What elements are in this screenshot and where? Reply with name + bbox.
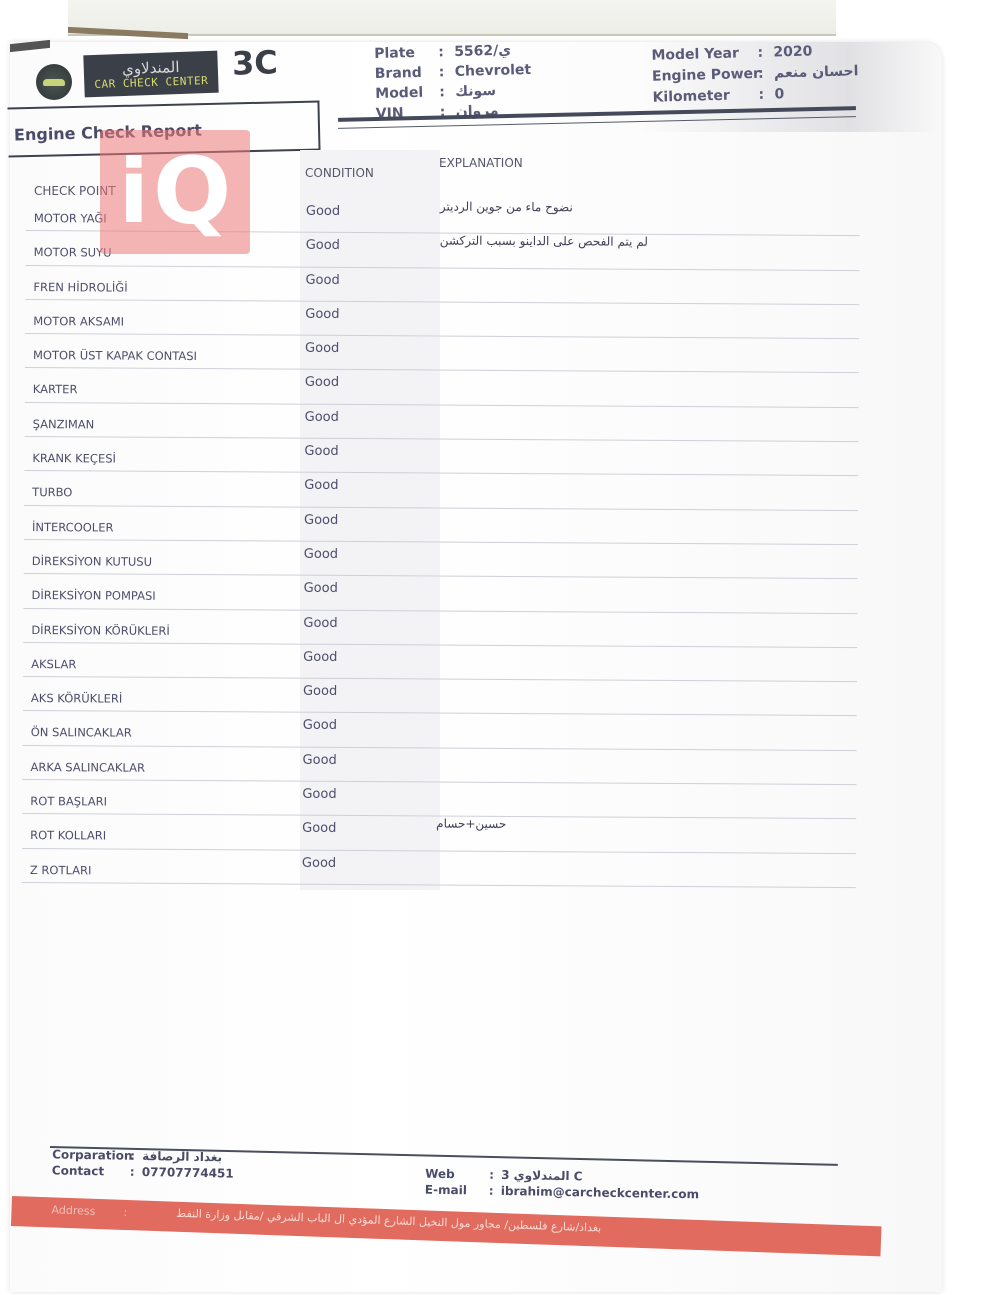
- table-row: ÖN SALINCAKLARGood: [23, 711, 857, 750]
- condition-cell: Good: [304, 547, 338, 562]
- web-label: Web: [425, 1167, 489, 1182]
- separator: :: [489, 1184, 501, 1198]
- check-point-cell: ROT KOLLARI: [30, 828, 106, 842]
- car-icon: [43, 79, 65, 86]
- condition-cell: Good: [305, 307, 339, 322]
- table-row: ROT KOLLARIGoodحسين+حسام: [22, 814, 856, 853]
- check-point-cell: MOTOR YAĞI: [34, 211, 107, 225]
- check-point-cell: Z ROTLARI: [30, 863, 92, 877]
- check-point-cell: ŞANZIMAN: [33, 417, 95, 431]
- table-row: ARKA SALINCAKLARGood: [22, 746, 856, 785]
- condition-cell: Good: [305, 272, 339, 287]
- brand-english-name: CAR CHECK CENTER: [94, 74, 208, 91]
- separator: :: [123, 1206, 127, 1219]
- condition-cell: Good: [303, 650, 337, 665]
- condition-cell: Good: [304, 478, 338, 493]
- table-row: KRANK KEÇESİGood: [24, 437, 858, 476]
- check-point-cell: ROT BAŞLARI: [30, 794, 107, 808]
- table-row: DİREKSİYON KÖRÜKLERİGood: [23, 609, 857, 648]
- column-header-condition: CONDITION: [305, 166, 374, 180]
- table-row: DİREKSİYON POMPASIGood: [23, 574, 857, 613]
- brand-label: Brand: [375, 64, 439, 82]
- condition-cell: Good: [306, 238, 340, 253]
- plate-label: Plate: [374, 44, 438, 62]
- table-row: ROT BAŞLARIGood: [22, 780, 856, 819]
- check-table: CHECK POINT CONDITION EXPLANATION MOTOR …: [26, 152, 860, 883]
- table-row: TURBOGood: [24, 471, 858, 510]
- condition-cell: Good: [306, 204, 340, 219]
- condition-cell: Good: [303, 718, 337, 733]
- table-row: MOTOR AKSAMIGood: [25, 300, 859, 339]
- model-value: سونك: [455, 83, 496, 100]
- table-body: MOTOR YAĞIGoodنضوح ماء من جوين الرديترMO…: [22, 197, 860, 888]
- condition-cell: Good: [303, 684, 337, 699]
- email-label: E-mail: [425, 1183, 489, 1198]
- corporation-label: Corparation: [52, 1147, 130, 1162]
- table-row: FREN HİDROLİĞİGood: [25, 266, 859, 305]
- contact-phone: 07707774451: [142, 1165, 234, 1181]
- check-point-cell: DİREKSİYON POMPASI: [32, 588, 156, 603]
- brand-mark: 3C: [231, 43, 278, 83]
- table-row: İNTERCOOLERGood: [24, 506, 858, 545]
- model-year-value: 2020: [773, 43, 812, 60]
- footer-contact-info: Corparation : بغداد الرصافة Contact : 07…: [52, 1146, 234, 1181]
- condition-cell: Good: [305, 341, 339, 356]
- check-point-cell: AKSLAR: [31, 657, 76, 671]
- watermark-letter-q: Q: [153, 146, 231, 238]
- condition-cell: Good: [304, 512, 338, 527]
- separator: :: [130, 1165, 142, 1179]
- vehicle-info-left: Plate : ي/5562 Brand : Chevrolet Model :…: [374, 40, 532, 124]
- separator: :: [439, 84, 455, 100]
- check-point-cell: ÖN SALINCAKLAR: [31, 725, 132, 740]
- separator: :: [439, 64, 455, 80]
- condition-cell: Good: [304, 581, 338, 596]
- brand-value: Chevrolet: [455, 62, 532, 80]
- model-year-label: Model Year: [651, 44, 757, 63]
- corporation-value: بغداد الرصافة: [142, 1149, 222, 1164]
- check-point-cell: KRANK KEÇESİ: [32, 451, 116, 466]
- check-point-cell: MOTOR ÜST KAPAK CONTASI: [33, 348, 197, 363]
- check-point-cell: FREN HİDROLİĞİ: [33, 280, 127, 295]
- vehicle-info-right: Model Year : 2020 Engine Power : احسان م…: [651, 39, 859, 107]
- check-point-cell: DİREKSİYON KÖRÜKLERİ: [31, 623, 170, 638]
- engine-power-label: Engine Power: [652, 65, 758, 84]
- condition-cell: Good: [302, 855, 336, 870]
- explanation-cell: نضوح ماء من جوين الرديتر: [440, 200, 573, 215]
- table-row: AKSLARGood: [23, 643, 857, 682]
- engine-power-value: احسان منعم: [774, 63, 859, 81]
- check-point-cell: İNTERCOOLER: [32, 520, 114, 534]
- explanation-cell: حسين+حسام: [436, 817, 506, 831]
- separator: :: [438, 44, 454, 60]
- separator: :: [757, 44, 773, 60]
- check-point-cell: ARKA SALINCAKLAR: [30, 760, 145, 775]
- separator: :: [758, 65, 774, 81]
- condition-cell: Good: [303, 615, 337, 630]
- kilometer-value: 0: [774, 86, 784, 102]
- table-row: KARTERGood: [25, 368, 859, 407]
- separator: :: [758, 86, 774, 102]
- table-row: DİREKSİYON KUTUSUGood: [24, 540, 858, 579]
- model-label: Model: [375, 84, 439, 102]
- address-label: Address: [51, 1203, 95, 1218]
- table-row: ŞANZIMANGood: [25, 403, 859, 442]
- column-header-explanation: EXPLANATION: [439, 156, 523, 170]
- condition-cell: Good: [302, 821, 336, 836]
- separator: :: [130, 1149, 142, 1163]
- condition-cell: Good: [303, 752, 337, 767]
- email-value: ibrahim@carcheckcenter.com: [501, 1184, 699, 1201]
- contact-label: Contact: [52, 1163, 130, 1178]
- check-point-cell: KARTER: [33, 383, 78, 397]
- condition-cell: Good: [305, 375, 339, 390]
- table-row: Z ROTLARIGood: [22, 849, 856, 888]
- iq-watermark: i Q: [100, 130, 250, 254]
- table-row: MOTOR ÜST KAPAK CONTASIGood: [25, 334, 859, 373]
- kilometer-label: Kilometer: [652, 86, 758, 105]
- plate-value: ي/5562: [454, 42, 511, 59]
- check-point-cell: TURBO: [32, 485, 72, 499]
- separator: :: [489, 1168, 501, 1182]
- check-point-cell: DİREKSİYON KUTUSU: [32, 554, 152, 569]
- brand-logo: المندلاوي CAR CHECK CENTER: [83, 51, 218, 98]
- condition-cell: Good: [305, 409, 339, 424]
- condition-cell: Good: [304, 444, 338, 459]
- car-logo-icon: [36, 64, 72, 100]
- footer-web-info: Web : 3 المندلاوي C E-mail : ibrahim@car…: [425, 1166, 700, 1203]
- table-row: AKS KÖRÜKLERİGood: [23, 677, 857, 716]
- check-point-cell: AKS KÖRÜKLERİ: [31, 691, 122, 706]
- contact-row: Contact : 07707774451: [52, 1162, 234, 1181]
- explanation-cell: لم يتم الفحص على الداينو بسبب التركشن: [440, 234, 648, 249]
- web-value: 3 المندلاوي C: [501, 1168, 583, 1183]
- background-sheet: [68, 0, 836, 36]
- check-point-cell: MOTOR AKSAMI: [33, 314, 124, 329]
- watermark-letter-i: i: [119, 148, 149, 236]
- condition-cell: Good: [302, 787, 336, 802]
